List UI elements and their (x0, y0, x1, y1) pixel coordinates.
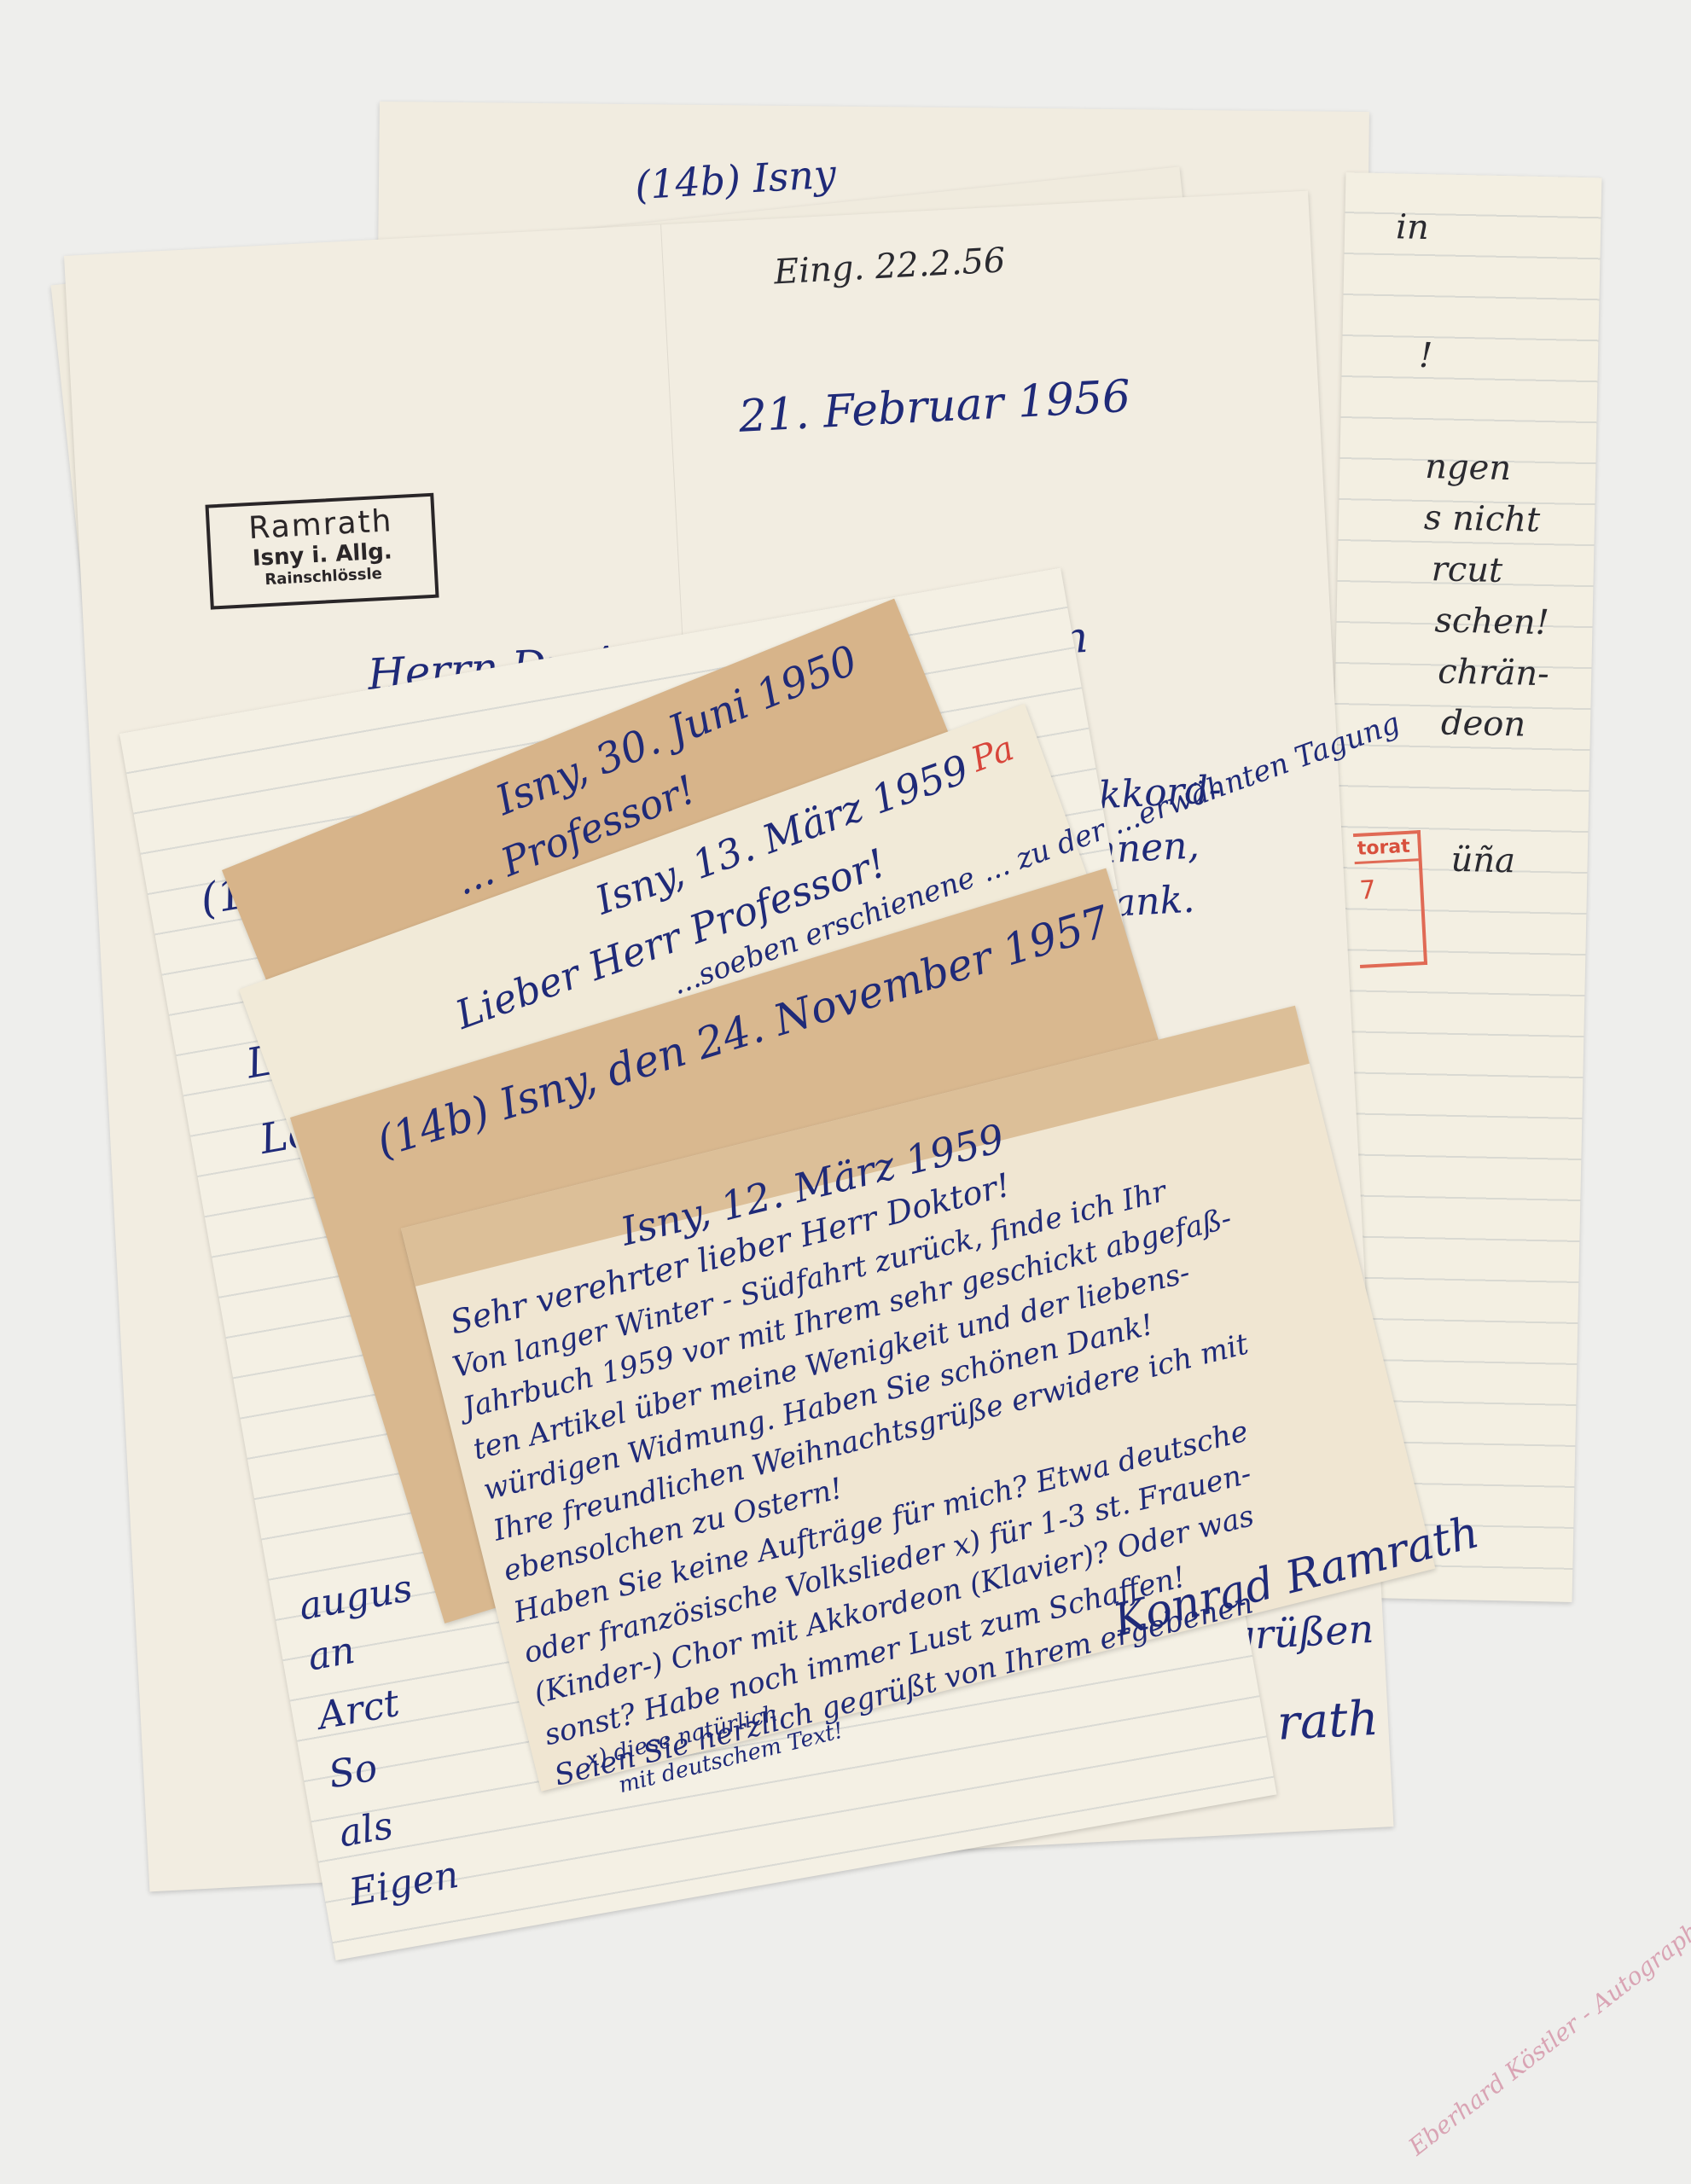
fragment: ngen (1425, 447, 1512, 488)
fragment: chrän- (1438, 652, 1549, 694)
fragment: s nicht (1424, 498, 1541, 540)
signature-fragment: rath (1276, 1691, 1380, 1751)
fragment: in (1396, 207, 1430, 247)
red-office-stamp: torat 7 (1353, 830, 1427, 968)
fragment: üña (1450, 840, 1515, 881)
red-stamp-number: 7 (1355, 861, 1421, 918)
fragment: deon (1441, 704, 1526, 745)
left-fragment: Eigen (346, 1853, 462, 1915)
fragment: ! (1419, 336, 1433, 375)
left-fragment: augus (296, 1566, 415, 1629)
fragment: rcut (1431, 549, 1502, 590)
left-fragment: an (305, 1629, 358, 1680)
dealer-watermark: Eberhard Köstler - Autographen & Bücher (1403, 1822, 1691, 2161)
left-fragment: als (336, 1804, 397, 1856)
back-letter-header: (14b) Isny (634, 150, 838, 208)
sender-address-stamp: Ramrath Isny i. Allg. Rainschlössle (205, 493, 439, 610)
red-initials-mark: Pa (967, 729, 1020, 780)
left-fragment: So (325, 1745, 381, 1797)
left-fragment: Arct (315, 1682, 403, 1739)
fragment: schen! (1434, 601, 1549, 642)
red-stamp-text: torat (1353, 834, 1419, 864)
